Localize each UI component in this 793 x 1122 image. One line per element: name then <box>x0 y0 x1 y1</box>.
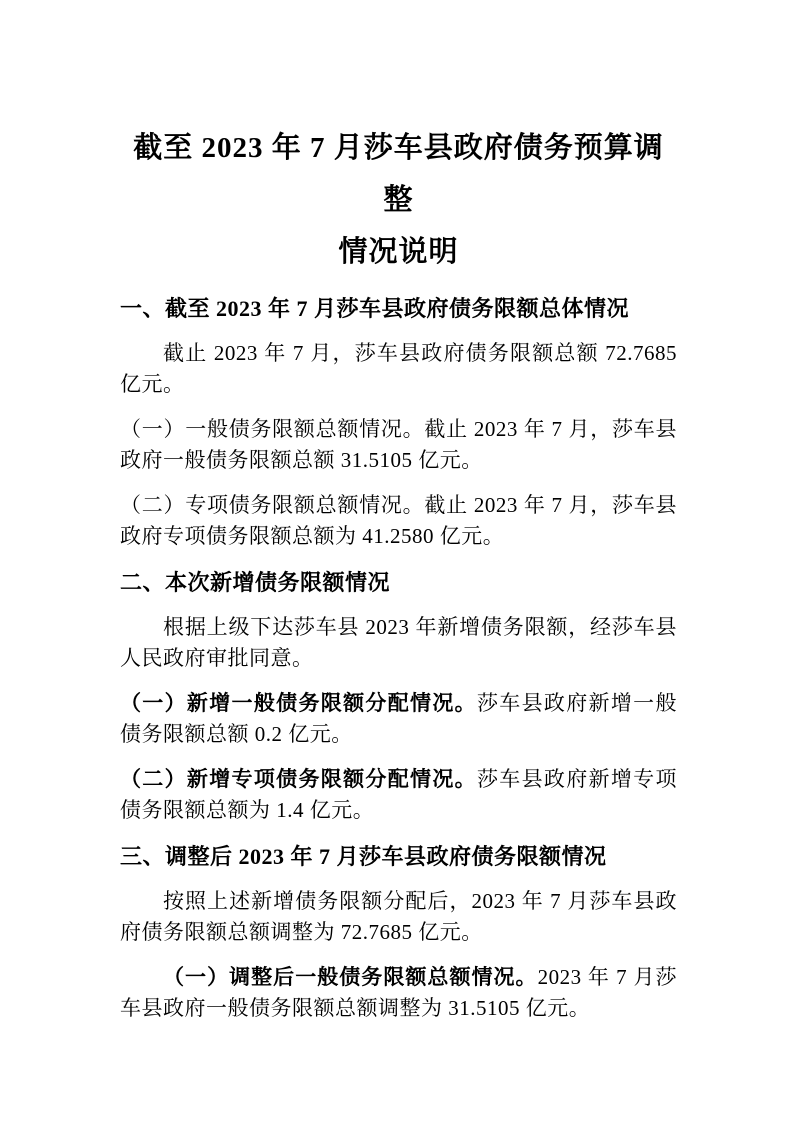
section-3-intro-paragraph: 按照上述新增债务限额分配后，2023 年 7 月莎车县政府债务限额总额调整为 7… <box>120 886 677 948</box>
document-page: 截至 2023 年 7 月莎车县政府债务预算调整 情况说明 一、截至 2023 … <box>0 0 793 1122</box>
section-2-sub-2-paragraph: （二）新增专项债务限额分配情况。莎车县政府新增专项债务限额总额为 1.4 亿元。 <box>120 764 677 826</box>
section-1-intro-paragraph: 截止 2023 年 7 月，莎车县政府债务限额总额 72.7685 亿元。 <box>120 338 677 400</box>
section-1-sub-1-paragraph: （一）一般债务限额总额情况。截止 2023 年 7 月，莎车县政府一般债务限额总… <box>120 414 677 476</box>
section-2-intro-paragraph: 根据上级下达莎车县 2023 年新增债务限额，经莎车县人民政府审批同意。 <box>120 612 677 674</box>
section-1-heading: 一、截至 2023 年 7 月莎车县政府债务限额总体情况 <box>120 293 677 324</box>
document-title-line-2: 情况说明 <box>120 226 677 278</box>
section-2-heading: 二、本次新增债务限额情况 <box>120 567 677 598</box>
document-title-line-1: 截至 2023 年 7 月莎车县政府债务预算调整 <box>120 122 677 226</box>
section-3-sub-1-lead: （一）调整后一般债务限额总额情况。 <box>163 965 538 989</box>
section-2-sub-2-lead: （二）新增专项债务限额分配情况。 <box>120 767 477 791</box>
section-2-sub-1-paragraph: （一）新增一般债务限额分配情况。莎车县政府新增一般债务限额总额 0.2 亿元。 <box>120 688 677 750</box>
section-3-sub-1-paragraph: （一）调整后一般债务限额总额情况。2023 年 7 月莎车县政府一般债务限额总额… <box>120 962 677 1024</box>
section-1-sub-2-paragraph: （二）专项债务限额总额情况。截止 2023 年 7 月，莎车县政府专项债务限额总… <box>120 490 677 552</box>
section-2-sub-1-lead: （一）新增一般债务限额分配情况。 <box>120 691 477 715</box>
section-3-heading: 三、调整后 2023 年 7 月莎车县政府债务限额情况 <box>120 841 677 872</box>
